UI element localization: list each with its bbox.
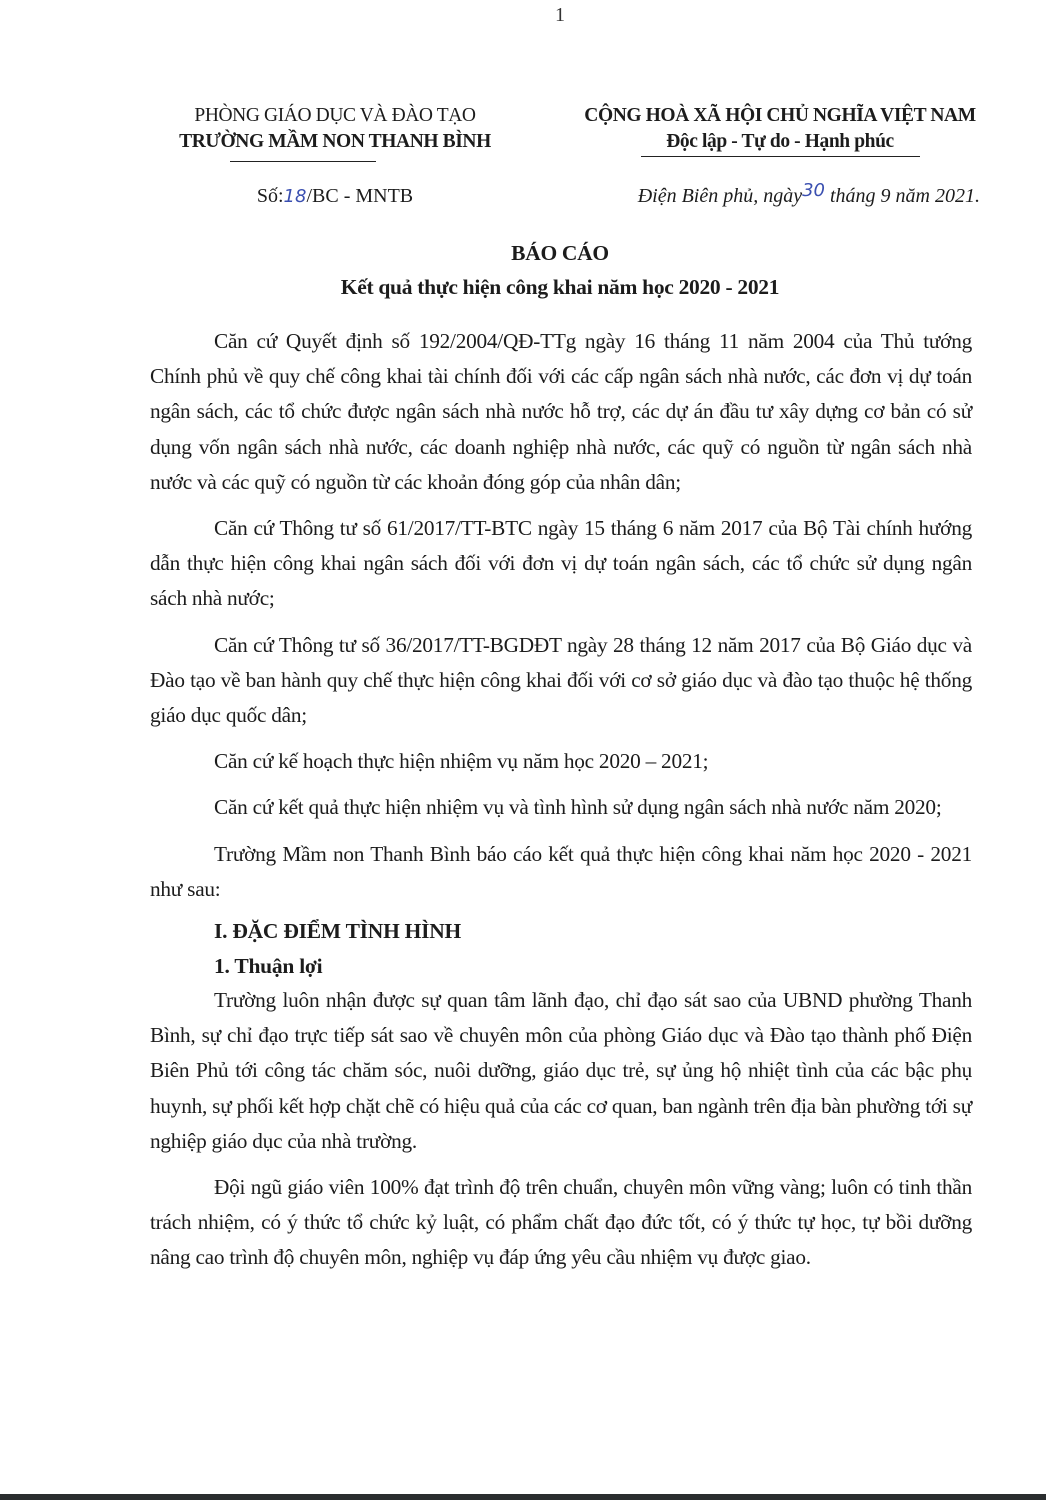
- motto-underline: [641, 156, 920, 157]
- subsection-heading: 1. Thuận lợi: [214, 949, 972, 983]
- national-title: CỘNG HOÀ XÃ HỘI CHỦ NGHĨA VIỆT NAM: [560, 103, 1000, 129]
- body-paragraph: Đội ngũ giáo viên 100% đạt trình độ trên…: [150, 1170, 972, 1276]
- national-heading-block: CỘNG HOÀ XÃ HỘI CHỦ NGHĨA VIỆT NAM Độc l…: [560, 103, 1000, 155]
- handwritten-day: 30: [802, 180, 825, 201]
- legal-basis-paragraph: Căn cứ Quyết định số 192/2004/QĐ-TTg ngà…: [150, 324, 972, 500]
- issuer-underline: [230, 161, 376, 162]
- national-motto: Độc lập - Tự do - Hạnh phúc: [560, 129, 1000, 155]
- document-title: BÁO CÁO: [0, 238, 1046, 268]
- document-date: Điện Biên phủ, ngày30 tháng 9 năm 2021.: [560, 183, 980, 210]
- document-header: PHÒNG GIÁO DỤC VÀ ĐÀO TẠO TRƯỜNG MẦM NON…: [0, 103, 1046, 213]
- intro-paragraph: Trường Mầm non Thanh Bình báo cáo kết qu…: [150, 837, 972, 907]
- document-body: Căn cứ Quyết định số 192/2004/QĐ-TTg ngà…: [150, 324, 972, 1287]
- reference-suffix: /BC - MNTB: [306, 185, 413, 207]
- issuer-block: PHÒNG GIÁO DỤC VÀ ĐÀO TẠO TRƯỜNG MẦM NON…: [150, 103, 520, 155]
- issuing-agency: PHÒNG GIÁO DỤC VÀ ĐÀO TẠO: [150, 103, 520, 129]
- scan-edge-strip: [0, 1494, 1046, 1500]
- document-subtitle: Kết quả thực hiện công khai năm học 2020…: [0, 268, 1046, 306]
- body-paragraph: Trường luôn nhận được sự quan tâm lãnh đ…: [150, 983, 972, 1159]
- reference-prefix: Số:: [257, 185, 284, 207]
- document-reference: Số:18/BC - MNTB: [150, 183, 520, 210]
- legal-basis-paragraph: Căn cứ Thông tư số 61/2017/TT-BTC ngày 1…: [150, 511, 972, 617]
- date-suffix: tháng 9 năm 2021.: [825, 185, 980, 207]
- handwritten-reference-number: 18: [284, 186, 307, 207]
- legal-basis-paragraph: Căn cứ kết quả thực hiện nhiệm vụ và tìn…: [150, 790, 972, 825]
- school-name: TRƯỜNG MẦM NON THANH BÌNH: [150, 129, 520, 155]
- legal-basis-paragraph: Căn cứ kế hoạch thực hiện nhiệm vụ năm h…: [150, 744, 972, 779]
- legal-basis-paragraph: Căn cứ Thông tư số 36/2017/TT-BGDĐT ngày…: [150, 628, 972, 734]
- section-heading: I. ĐẶC ĐIỂM TÌNH HÌNH: [214, 913, 972, 949]
- title-block: BÁO CÁO Kết quả thực hiện công khai năm …: [0, 238, 1046, 306]
- date-prefix: Điện Biên phủ, ngày: [638, 185, 802, 207]
- page-number: 1: [0, 4, 1046, 27]
